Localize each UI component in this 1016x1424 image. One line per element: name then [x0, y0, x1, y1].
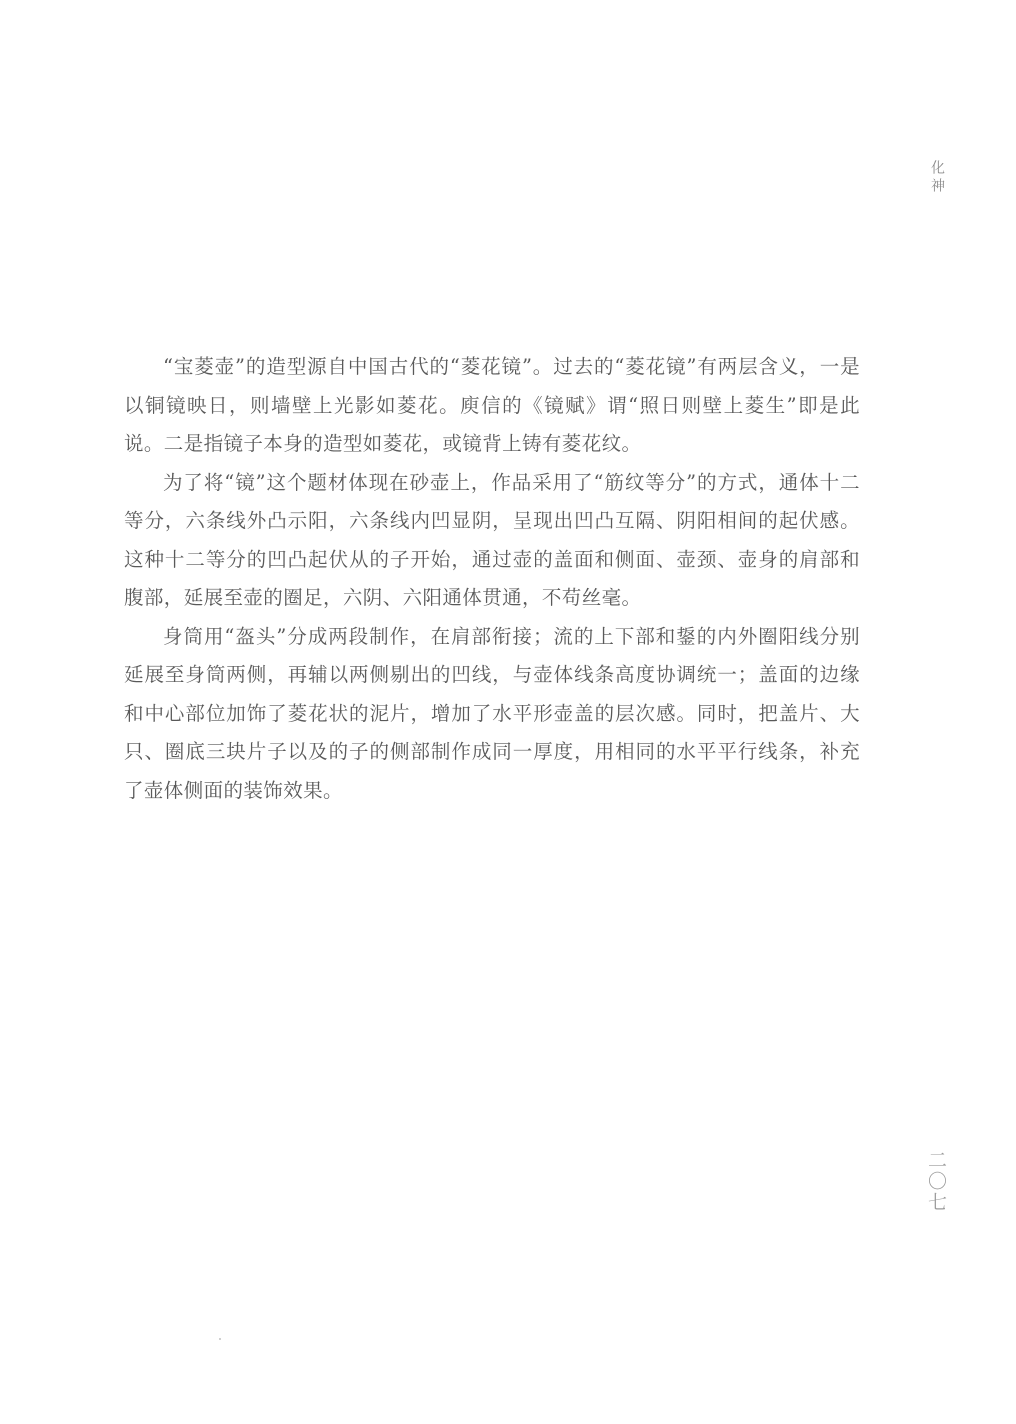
- page-number: 二〇七: [926, 1150, 948, 1213]
- paragraph-3: 身筒用“盔头”分成两段制作，在肩部衔接；流的上下部和鋬的内外圈阳线分别延展至身筒…: [124, 618, 860, 811]
- paragraph-1: “宝菱壶”的造型源自中国古代的“菱花镜”。过去的“菱花镜”有两层含义，一是以铜镜…: [124, 348, 860, 464]
- running-head: 化神: [927, 160, 949, 196]
- scan-speck: [219, 1338, 221, 1340]
- paragraph-2: 为了将“镜”这个题材体现在砂壶上，作品采用了“筋纹等分”的方式，通体十二等分，六…: [124, 464, 860, 618]
- body-text: “宝菱壶”的造型源自中国古代的“菱花镜”。过去的“菱花镜”有两层含义，一是以铜镜…: [124, 348, 860, 810]
